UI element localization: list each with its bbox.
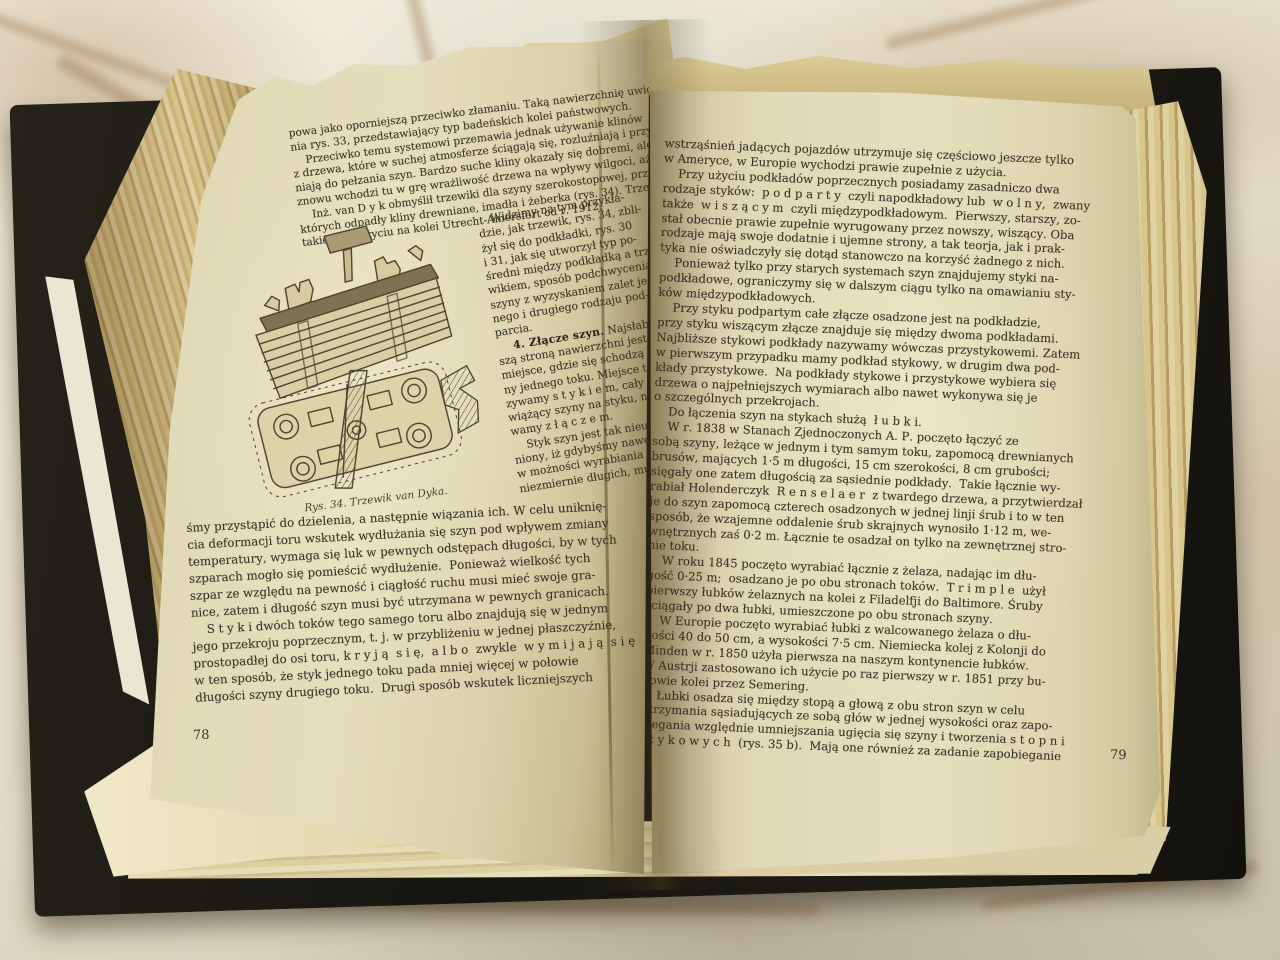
figure-rys-34: Rys. 34. Trzewik van Dyka.	[226, 213, 493, 520]
page-number-78: 78	[193, 728, 210, 744]
left-page-bottom-paragraph: śmy przystąpić do dzielenia, a następnie…	[186, 496, 650, 707]
photo-open-book-on-marble: powa jako oporniejszą przeciwko złamaniu…	[0, 0, 1280, 960]
figure-drawing-trzewik	[226, 213, 491, 502]
page-number-79: 79	[1110, 748, 1127, 764]
marble-vein	[884, 0, 1275, 50]
gutter-shadow	[579, 19, 727, 892]
